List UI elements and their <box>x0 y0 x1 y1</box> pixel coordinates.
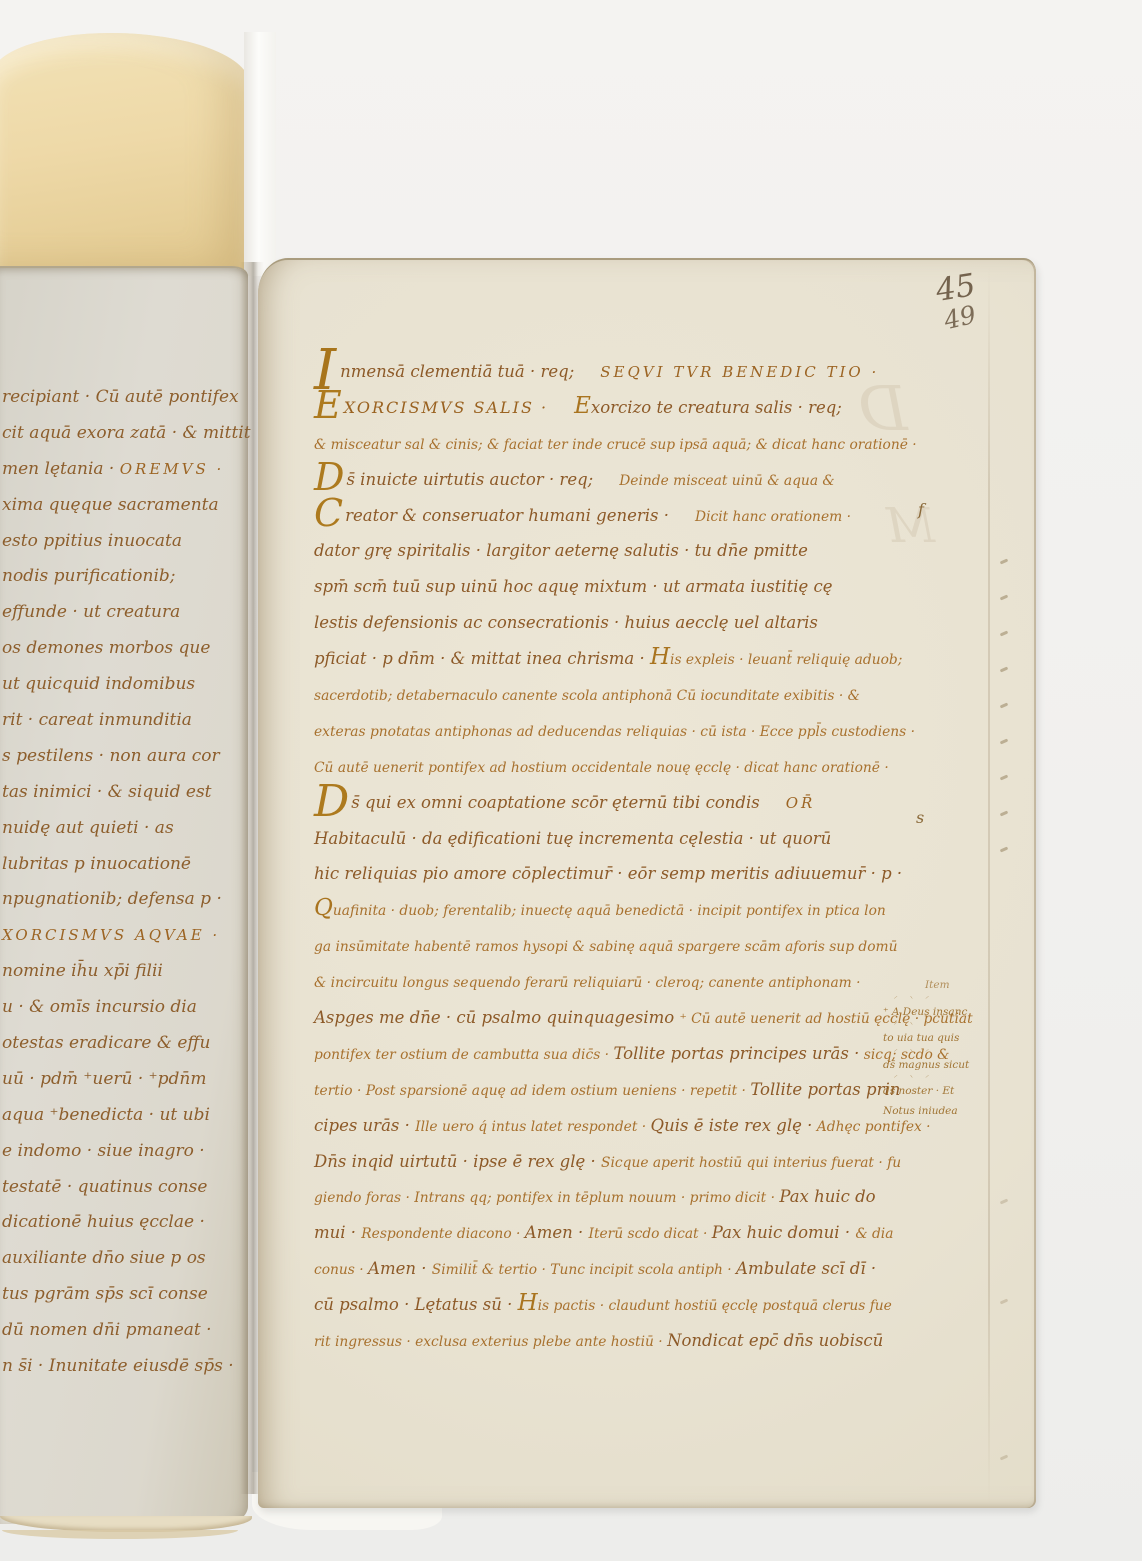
pricking-mark <box>1000 811 1009 817</box>
gloss-line: ds̄ noster · Et <box>883 1075 1023 1102</box>
manuscript-line: men lętania · OREMVS · <box>2 452 242 488</box>
manuscript-line: xima quęque sacramenta <box>2 488 242 524</box>
margin-letter-f: f <box>918 500 924 519</box>
pricking-mark <box>1000 1199 1009 1205</box>
manuscript-line: sacerdotib; detabernaculo canente scola … <box>314 677 994 713</box>
manuscript-line: cit aquā exora zatā · & mittit <box>2 416 242 452</box>
margin-letter-s: s <box>916 808 924 827</box>
manuscript-line: Ds̄ inuicte uirtutis auctor · req;Deinde… <box>314 462 994 498</box>
manuscript-line: tas inimici · & siquid est <box>2 775 242 811</box>
manuscript-line: nuidę aut quieti · as <box>2 811 242 847</box>
manuscript-line: esto ppitius inuocata <box>2 524 242 560</box>
pricking-mark <box>1000 703 1009 709</box>
manuscript-line: Ds̄ qui ex omni coaptatione scōr ęternū … <box>314 785 994 821</box>
gloss-line: Notus iniudea <box>883 1102 1023 1122</box>
manuscript-line: npugnationib; defensa p · <box>2 882 242 918</box>
gloss-line: Item <box>925 976 1023 996</box>
left-page-edge <box>2 1530 238 1539</box>
manuscript-line: effunde · ut creatura <box>2 595 242 631</box>
manuscript-line: aqua ⁺benedicta · ut ubi <box>2 1098 242 1134</box>
manuscript-line: auxiliante dn̄o siue p os <box>2 1241 242 1277</box>
pricking-mark <box>1000 1455 1009 1461</box>
pricking-mark <box>1000 775 1009 781</box>
manuscript-line: Cū autē uenerit pontifex ad hostium occi… <box>314 749 994 785</box>
manuscript-line: testatē · quatinus conse <box>2 1170 242 1206</box>
gloss-line: ⁺ A Deus insanc <box>883 996 1023 1023</box>
pricking-mark <box>1000 1299 1009 1305</box>
guard-sheet-top <box>244 32 276 276</box>
pricking-mark <box>1000 739 1009 745</box>
curled-yellow-leaf <box>0 33 250 276</box>
manuscript-line: tus pgrām sp̄s scī conse <box>2 1277 242 1313</box>
pricking-mark <box>1000 595 1009 601</box>
left-page-text: recipiant · Cū autē pontifexcit aquā exo… <box>2 380 242 1385</box>
pricking-mark <box>1000 559 1009 565</box>
manuscript-line: mui · Respondente diacono · Amen · Iterū… <box>314 1215 994 1251</box>
right-page-text: Inmensā clementiā tuā · req;SEQVI TVR BE… <box>314 354 994 1359</box>
right-page: D M Inmensā clementiā tuā · req;SEQVI TV… <box>258 258 1036 1508</box>
manuscript-line: lestis defensionis ac consecrationis · h… <box>314 605 994 641</box>
manuscript-line: giendo foras · Intrans qq; pontifex in t… <box>314 1179 994 1215</box>
manuscript-line: pficiat · p dn̄m · & mittat inea chrisma… <box>314 641 994 677</box>
gloss-line: to uia tua quis <box>883 1022 1023 1049</box>
manuscript-line: XORCISMVS AQVAE · <box>2 918 242 954</box>
manuscript-line: cū psalmo · Lętatus sū · His pactis · cl… <box>314 1287 994 1323</box>
manuscript-line: ut quicquid indomibus <box>2 667 242 703</box>
manuscript-line: rit ingressus · exclusa exterius plebe a… <box>314 1323 994 1359</box>
left-page: recipiant · Cū autē pontifexcit aquā exo… <box>0 266 248 1524</box>
manuscript-line: recipiant · Cū autē pontifex <box>2 380 242 416</box>
manuscript-line: Habitaculū · da ędificationi tuę increme… <box>314 821 994 857</box>
gloss-line: ds̄ magnus sicut <box>883 1049 1023 1076</box>
manuscript-line: Dn̄s inqid uirtutū · ipse ē rex glę · Si… <box>314 1144 994 1180</box>
manuscript-line: spm̄ scm̄ tuū sup uinū hoc aquę mixtum ·… <box>314 569 994 605</box>
manuscript-line: exteras pnotatas antiphonas ad deducenda… <box>314 713 994 749</box>
manuscript-line: EXORCISMVS SALIS ·Exorcizo te creatura s… <box>314 390 994 426</box>
manuscript-line: uū · pdm̄ ⁺uerū · ⁺pdn̄m <box>2 1062 242 1098</box>
manuscript-line: dū nomen dn̄i pmaneat · <box>2 1313 242 1349</box>
manuscript-line: Creator & conseruator humani generis ·Di… <box>314 498 994 534</box>
manuscript-line: dator grę spiritalis · largitor aeternę … <box>314 533 994 569</box>
pricking-mark <box>1000 631 1009 637</box>
marginal-gloss: Item⁺ A Deus insancto uia tua quisds̄ ma… <box>883 976 1023 1121</box>
manuscript-line: s pestilens · non aura cor <box>2 739 242 775</box>
pricking-mark <box>1000 847 1009 853</box>
manuscript-line: nodis purificationib; <box>2 559 242 595</box>
manuscript-line: Quafinita · duob; ferentalib; inuectę aq… <box>314 892 994 928</box>
manuscript-photo: recipiant · Cū autē pontifexcit aquā exo… <box>0 0 1142 1561</box>
manuscript-line: lubritas p inuocationē <box>2 847 242 883</box>
manuscript-line: e indomo · siue inagro · <box>2 1134 242 1170</box>
manuscript-line: n s̄i · Inunitate eiusdē sp̄s · <box>2 1349 242 1385</box>
manuscript-line: otestas eradicare & effu <box>2 1026 242 1062</box>
manuscript-line: conus · Amen · Similit̄ & tertio · Tunc … <box>314 1251 994 1287</box>
manuscript-line: rit · careat inmunditia <box>2 703 242 739</box>
manuscript-line: & misceatur sal & cinis; & faciat ter in… <box>314 426 994 462</box>
manuscript-line: Inmensā clementiā tuā · req;SEQVI TVR BE… <box>314 354 994 390</box>
manuscript-line: ga insūmitate habentē ramos hysopi & sab… <box>314 928 994 964</box>
manuscript-line: nomine ih̄u xp̄i filii <box>2 954 242 990</box>
manuscript-line: os demones morbos que <box>2 631 242 667</box>
pricking-mark <box>1000 667 1009 673</box>
manuscript-line: u · & omīs incursio dia <box>2 990 242 1026</box>
manuscript-line: hic reliquias pio amore cōplectimur̄ · e… <box>314 856 994 892</box>
manuscript-line: dicationē huius ęcclae · <box>2 1205 242 1241</box>
